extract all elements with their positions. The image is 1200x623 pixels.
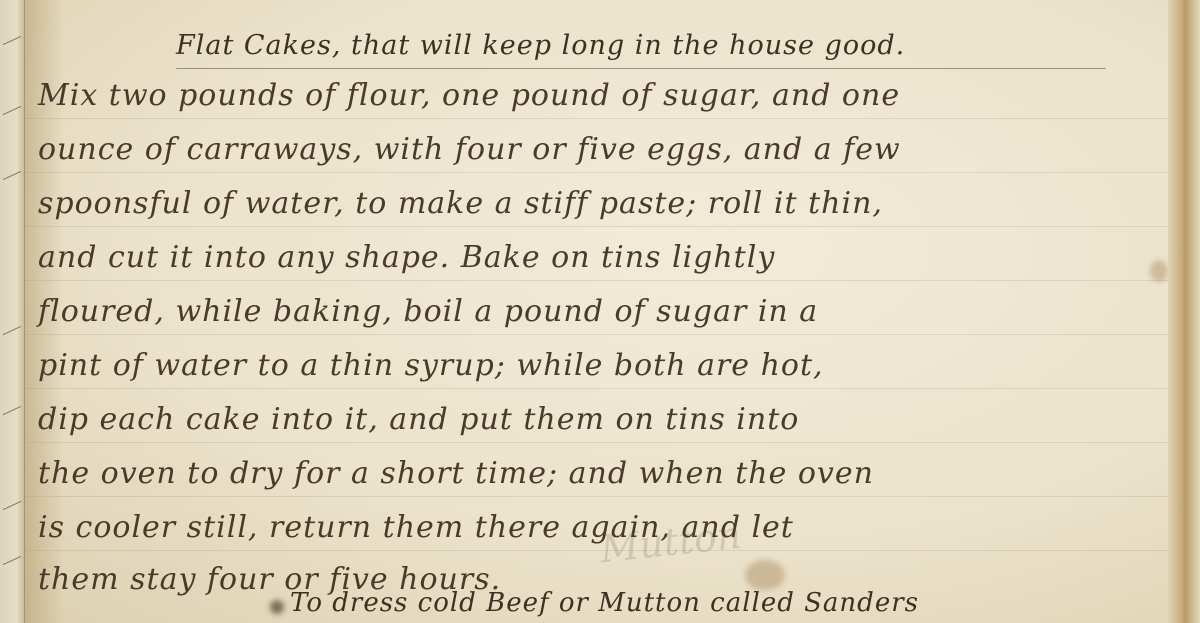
left-page-ink-fragment [3, 171, 22, 180]
recipe-line: spoonsful of water, to make a stiff past… [38, 186, 883, 221]
foxing-stain [1150, 260, 1168, 282]
faint-ruling [24, 334, 1168, 335]
left-page-ink-fragment [3, 501, 22, 510]
recipe-line: is cooler still, return them there again… [38, 510, 794, 545]
title-underline [176, 68, 1106, 69]
recipe-line: pint of water to a thin syrup; while bot… [38, 348, 824, 383]
left-page-ink-fragment [3, 106, 22, 115]
recipe-line: and cut it into any shape. Bake on tins … [38, 240, 775, 275]
faint-ruling [24, 172, 1168, 173]
left-page-ink-fragment [3, 326, 22, 335]
ink-stain [745, 560, 785, 590]
faint-ruling [24, 550, 1168, 551]
book-binding-edge [1168, 0, 1200, 623]
recipe-line: the oven to dry for a short time; and wh… [38, 456, 874, 491]
faint-ruling [24, 442, 1168, 443]
manuscript-page: Mutton Flat Cakes, that will keep long i… [0, 0, 1200, 623]
recipe-title: Flat Cakes, that will keep long in the h… [176, 30, 905, 61]
faint-ruling [24, 496, 1168, 497]
ink-blot [270, 600, 284, 614]
recipe-line: floured, while baking, boil a pound of s… [38, 294, 818, 329]
faint-ruling [24, 118, 1168, 119]
faint-ruling [24, 280, 1168, 281]
faint-ruling [24, 226, 1168, 227]
left-page-ink-fragment [3, 36, 22, 45]
left-facing-page-edge [0, 0, 25, 623]
next-recipe-title: To dress cold Beef or Mutton called Sand… [290, 588, 919, 618]
recipe-line: Mix two pounds of flour, one pound of su… [38, 78, 900, 113]
recipe-line: dip each cake into it, and put them on t… [38, 402, 799, 437]
left-page-ink-fragment [3, 406, 22, 415]
left-page-ink-fragment [3, 556, 22, 565]
recipe-line: ounce of carraways, with four or five eg… [38, 132, 901, 167]
faint-ruling [24, 388, 1168, 389]
